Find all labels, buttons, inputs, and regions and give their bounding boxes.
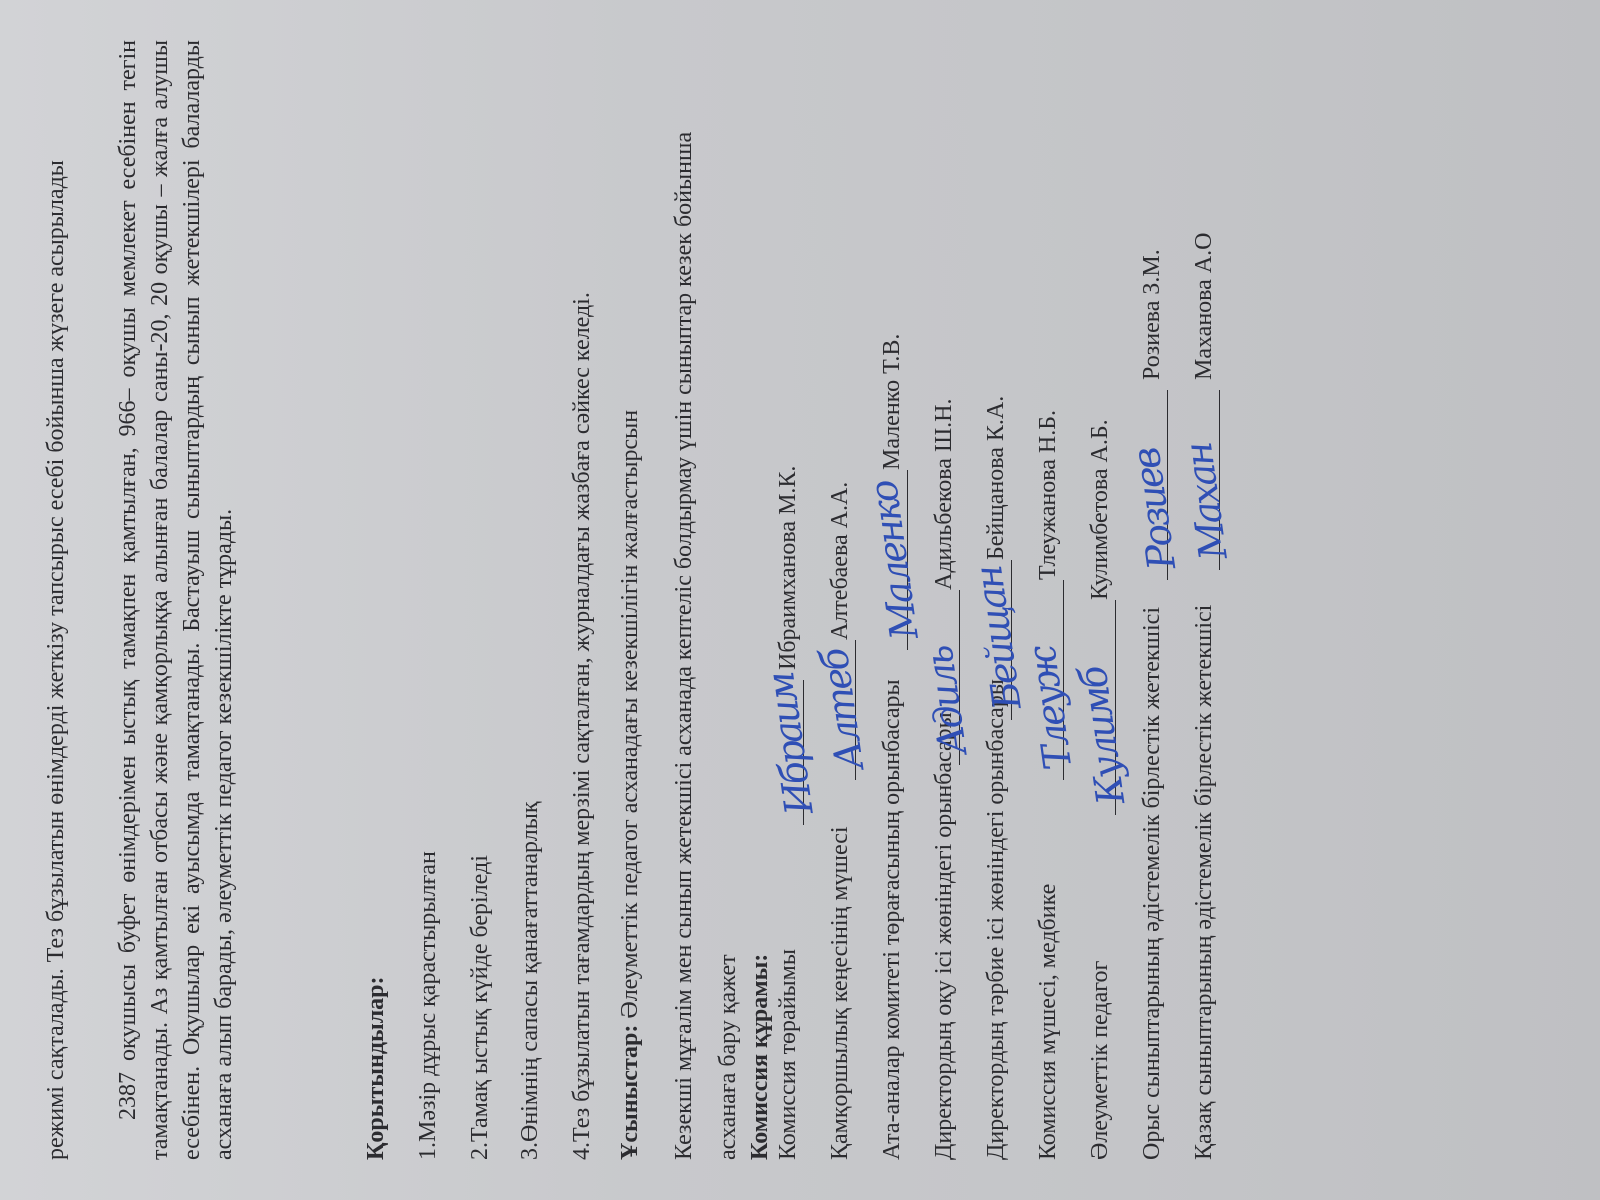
conclusion-item: 1.Мәзір дұрыс қарастырылған <box>412 0 444 1160</box>
recommendations-label: Ұсыныстар: <box>617 1025 643 1160</box>
recommendations-text: Әлеуметтік педагог асханадағы кезекшіліг… <box>617 410 643 1019</box>
commission-member-row: Орыс сыныптарының әдістемелік бірлестік … <box>1132 0 1172 1160</box>
handwritten-signature: Махан <box>1182 443 1230 562</box>
handwritten-signature: Алтеб <box>818 649 866 772</box>
member-name: Бейщанова К.А. <box>980 396 1012 560</box>
member-name: Маленко Т.В. <box>876 334 908 470</box>
member-role: Ата-аналар комитеті төрағасының орынбаса… <box>876 679 908 1160</box>
commission-member-row: Директордың тәрбие ісі жөніндегі орынбас… <box>976 0 1016 1160</box>
commission-member-row: Қамқоршылық кеңесінің мүшесіАлтебАлтебае… <box>820 0 860 1160</box>
intro-paragraph-text: 2387 оқушысы буфет өнімдерімен ыстық там… <box>115 40 237 1160</box>
commission-member-row: Қазақ сыныптарының әдістемелік бірлестік… <box>1184 0 1224 1160</box>
intro-paragraph: 2387 оқушысы буфет өнімдерімен ыстық там… <box>112 40 240 1160</box>
handwritten-signature: Кулимб <box>1077 667 1128 807</box>
handwritten-signature: Розиев <box>1130 448 1178 572</box>
document-page: режимі сақталады. Тез бұзылатын өнімдерд… <box>0 0 1600 1200</box>
conclusion-item: 3.Өнімнің сапасы қанағаттанарлық <box>514 0 546 1160</box>
member-name: Ибраимханова М.К. <box>772 466 804 670</box>
member-name: Розиева З.М. <box>1136 249 1168 380</box>
commission-member-row: Комиссия мүшесі, медбикеТлеужТлеужанова … <box>1028 0 1068 1160</box>
handwritten-signature: Адиль <box>923 646 970 757</box>
commission-member-row: Комиссия төрайымыИбраимИбраимханова М.К. <box>768 0 808 1160</box>
member-role: Әлеуметтік педагог <box>1084 961 1116 1160</box>
recommendations: Ұсыныстар: Әлеуметтік педагог асханадағы… <box>614 0 646 1160</box>
member-role: Директордың оқу ісі жөніндегі орынбасары <box>928 712 960 1160</box>
conclusion-item: 2.Тамақ ыстық күйде беріледі <box>464 0 496 1160</box>
commission-member-row: Ата-аналар комитеті төрағасының орынбаса… <box>872 0 912 1160</box>
commission-member-row: Әлеуметтік педагогКулимбКулимбетова А.Б. <box>1080 0 1120 1160</box>
member-role: Орыс сыныптарының әдістемелік бірлестік … <box>1136 607 1168 1160</box>
member-role: Қазақ сыныптарының әдістемелік бірлестік… <box>1188 605 1220 1160</box>
intro-line: режимі сақталады. Тез бұзылатын өнімдерд… <box>40 40 72 1160</box>
member-name: Кулимбетова А.Б. <box>1084 419 1116 600</box>
handwritten-signature: Ибраим <box>764 672 815 816</box>
member-role: Комиссия төрайымы <box>772 949 804 1160</box>
member-name: Тлеужанова Н.Б. <box>1032 410 1064 580</box>
conclusion-item: 4.Тез бұзылатын тағамдардың мерзімі сақт… <box>566 0 598 1160</box>
member-role: Директордың тәрбие ісі жөніндегі орынбас… <box>980 679 1012 1160</box>
member-name: Адильбекова Ш.Н. <box>928 398 960 590</box>
handwritten-signature: Тлеуж <box>1026 646 1075 772</box>
recommendations-extra: Кезекші мұғалім мен сынып жетекшісі асха… <box>662 80 750 1160</box>
handwritten-signature: Маленко <box>867 481 921 642</box>
intro-text: режимі сақталады. Тез бұзылатын өнімдерд… <box>43 160 69 1160</box>
conclusions-heading: Қорытындылар: <box>360 0 392 1160</box>
commission-member-row: Директордың оқу ісі жөніндегі орынбасары… <box>924 0 964 1160</box>
member-role: Комиссия мүшесі, медбике <box>1032 884 1064 1160</box>
member-name: Алтебаева А.А. <box>824 482 856 640</box>
member-role: Қамқоршылық кеңесінің мүшесі <box>824 826 856 1160</box>
member-name: Маханова А.О <box>1188 232 1220 380</box>
